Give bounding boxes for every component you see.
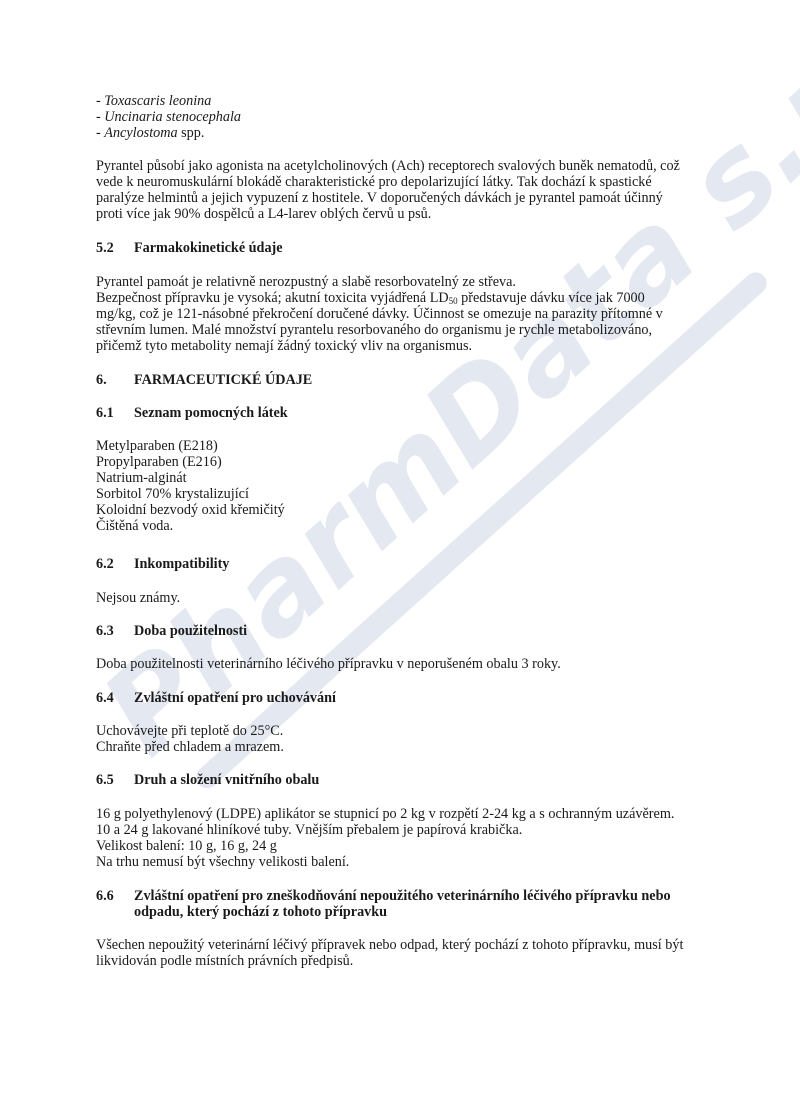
section-heading-6-2: 6.2Inkompatibility: [96, 556, 229, 572]
excipient-item: Sorbitol 70% krystalizující: [96, 486, 249, 502]
paragraph-line: Pyrantel působí jako agonista na acetylc…: [96, 158, 680, 174]
section-heading-6-6: 6.6Zvláštní opatření pro zneškodňování n…: [96, 888, 671, 904]
section-heading-5-2: 5.2Farmakokinetické údaje: [96, 240, 283, 256]
paragraph-line: Doba použitelnosti veterinárního léčivéh…: [96, 656, 561, 672]
excipient-item: Čištěná voda.: [96, 518, 173, 534]
section-heading-6-4: 6.4Zvláštní opatření pro uchovávání: [96, 690, 336, 706]
paragraph-line: 16 g polyethylenový (LDPE) aplikátor se …: [96, 806, 674, 822]
paragraph-line: paralýze helmintů a jejich vypuzení z ho…: [96, 190, 663, 206]
paragraph-line: mg/kg, což je 121-násobné překročení dor…: [96, 306, 663, 322]
excipient-item: Propylparaben (E216): [96, 454, 222, 470]
paragraph-line: Bezpečnost přípravku je vysoká; akutní t…: [96, 290, 645, 306]
species-item: - Ancylostoma spp.: [96, 125, 204, 141]
excipient-item: Koloidní bezvodý oxid křemičitý: [96, 502, 285, 518]
paragraph-line: likvidován podle místních právních předp…: [96, 953, 353, 969]
paragraph-line: 10 a 24 g lakované hliníkové tuby. Vnějš…: [96, 822, 522, 838]
paragraph-line: proti více jak 90% dospělců a L4-larev o…: [96, 206, 431, 222]
excipient-item: Metylparaben (E218): [96, 438, 218, 454]
paragraph-line: Chraňte před chladem a mrazem.: [96, 739, 284, 755]
paragraph-line: Velikost balení: 10 g, 16 g, 24 g: [96, 838, 277, 854]
section-heading-6-5: 6.5Druh a složení vnitřního obalu: [96, 772, 319, 788]
section-heading-6: 6.FARMACEUTICKÉ ÚDAJE: [96, 372, 312, 388]
paragraph-line: Uchovávejte při teplotě do 25°C.: [96, 723, 283, 739]
paragraph-line: Na trhu nemusí být všechny velikosti bal…: [96, 854, 349, 870]
species-item: - Uncinaria stenocephala: [96, 109, 241, 125]
paragraph-line: vede k neuromuskulární blokádě charakter…: [96, 174, 652, 190]
paragraph-line: Všechen nepoužitý veterinární léčivý pří…: [96, 937, 683, 953]
excipient-item: Natrium-alginát: [96, 470, 187, 486]
paragraph-line: střevním lumen. Malé množství pyrantelu …: [96, 322, 652, 338]
section-heading-6-1: 6.1Seznam pomocných látek: [96, 405, 288, 421]
section-heading-6-6-continued: odpadu, který pochází z tohoto přípravku: [134, 904, 387, 920]
paragraph-line: Nejsou známy.: [96, 590, 180, 606]
section-heading-6-3: 6.3Doba použitelnosti: [96, 623, 247, 639]
species-item: - Toxascaris leonina: [96, 93, 211, 109]
paragraph-line: Pyrantel pamoát je relativně nerozpustný…: [96, 274, 516, 290]
paragraph-line: přičemž tyto metabolity nemají žádný tox…: [96, 338, 472, 354]
